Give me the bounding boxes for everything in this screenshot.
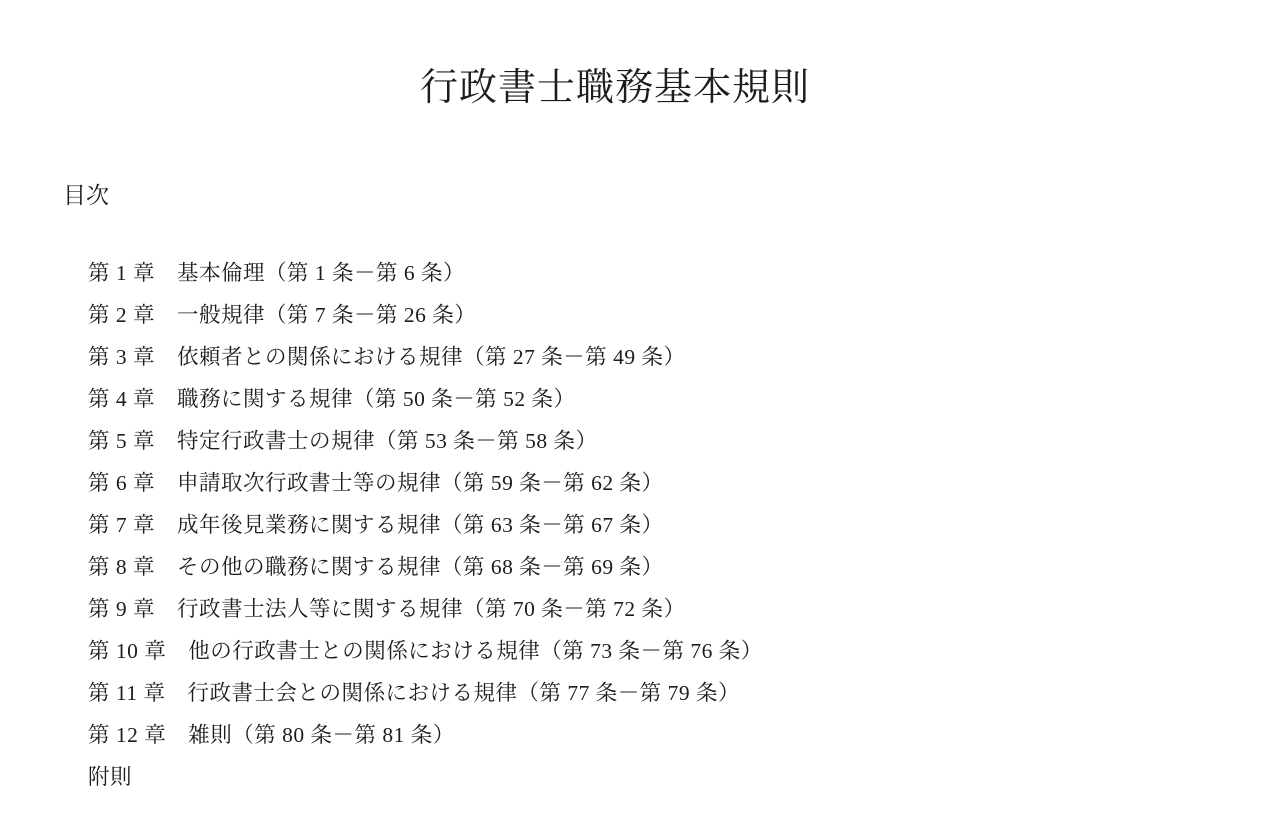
toc-item-ch10: 第 10 章 他の行政書士との関係における規律（第 73 条－第 76 条） [88,630,1287,672]
toc-item-ch6: 第 6 章 申請取次行政書士等の規律（第 59 条－第 62 条） [88,462,1287,504]
toc-item-ch12: 第 12 章 雑則（第 80 条－第 81 条） [88,714,1287,756]
toc-item-ch1: 第 1 章 基本倫理（第 1 条－第 6 条） [88,252,1287,294]
document-title: 行政書士職務基本規則 [0,66,1230,112]
toc-item-ch8: 第 8 章 その他の職務に関する規律（第 68 条－第 69 条） [88,546,1287,588]
toc-item-ch4: 第 4 章 職務に関する規律（第 50 条－第 52 条） [88,378,1287,420]
toc-list: 第 1 章 基本倫理（第 1 条－第 6 条） 第 2 章 一般規律（第 7 条… [88,252,1287,798]
toc-item-appendix: 附則 [88,756,1287,798]
toc-heading: 目次 [63,182,1287,210]
document-page: 行政書士職務基本規則 目次 第 1 章 基本倫理（第 1 条－第 6 条） 第 … [0,0,1287,816]
toc-item-ch9: 第 9 章 行政書士法人等に関する規律（第 70 条－第 72 条） [88,588,1287,630]
toc-item-ch11: 第 11 章 行政書士会との関係における規律（第 77 条－第 79 条） [88,672,1287,714]
toc-item-ch5: 第 5 章 特定行政書士の規律（第 53 条－第 58 条） [88,420,1287,462]
toc-item-ch3: 第 3 章 依頼者との関係における規律（第 27 条－第 49 条） [88,336,1287,378]
toc-item-ch7: 第 7 章 成年後見業務に関する規律（第 63 条－第 67 条） [88,504,1287,546]
toc-item-ch2: 第 2 章 一般規律（第 7 条－第 26 条） [88,294,1287,336]
